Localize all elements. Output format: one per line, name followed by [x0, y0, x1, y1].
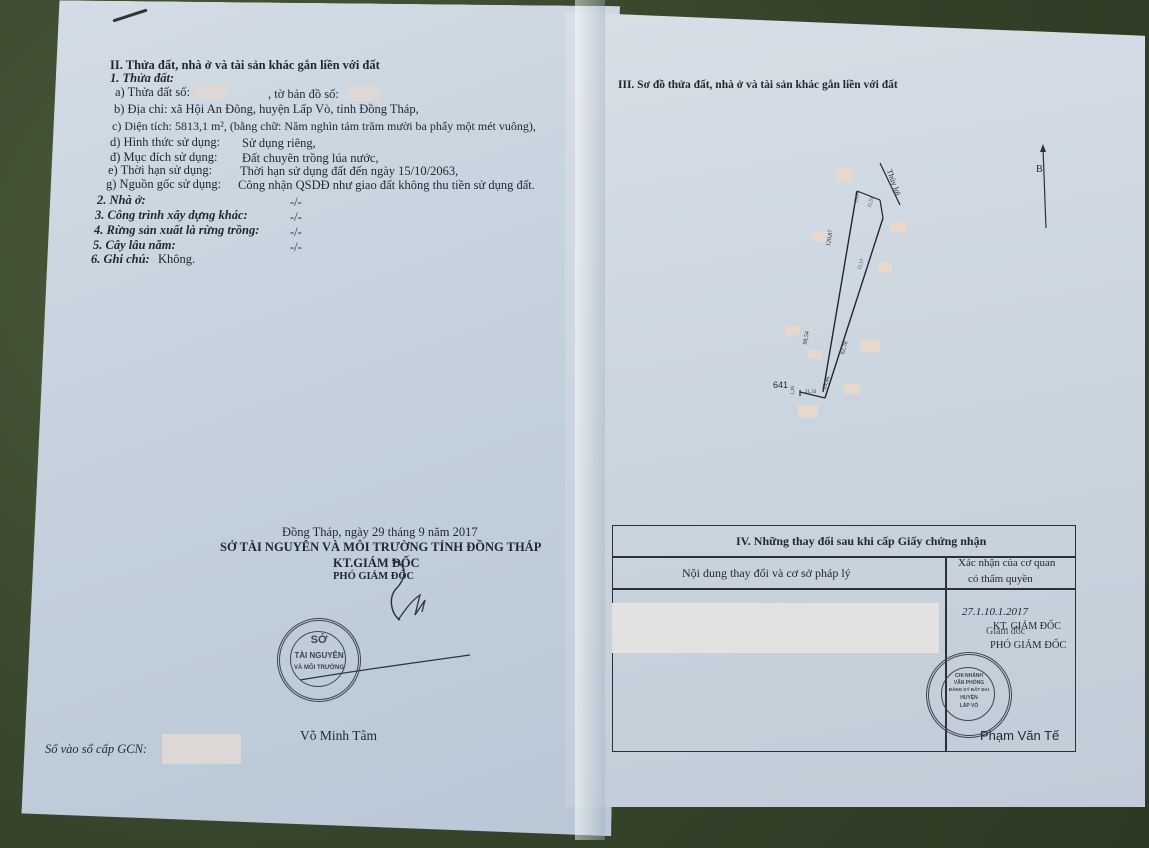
redacted-label-1 — [837, 168, 853, 182]
confirm-deputy-director: PHÓ GIÁM ĐỐC — [990, 640, 1066, 651]
edge-length-5: 21,33 — [805, 390, 816, 395]
stamp-right-line-3: ĐĂNG KÝ ĐẤT ĐAI — [929, 687, 1009, 692]
changes-col2-header-line1: Xác nhận của cơ quan — [958, 557, 1055, 569]
confirm-date: 27.1.10.1.2017 — [962, 606, 1028, 618]
edge-length-6: 1,16 — [791, 386, 796, 395]
table-divider — [613, 588, 1075, 590]
stamp-right-line-5: LẤP VÒ — [929, 703, 1009, 709]
confirm-director-overprint: Giám đốc — [986, 626, 1025, 637]
redacted-label-3 — [891, 222, 907, 233]
redacted-label-2 — [812, 232, 826, 242]
stamp-right-line-1: CHI NHÁNH — [929, 673, 1009, 679]
neighbor-parcel-number: 641 — [773, 380, 788, 390]
stamp-right-line-4: HUYỆN — [929, 695, 1009, 701]
stamp-right-line-2: VĂN PHÒNG — [929, 680, 1009, 686]
changes-table-title: IV. Những thay đổi sau khi cấp Giấy chứn… — [736, 534, 986, 549]
official-stamp-right: CHI NHÁNH VĂN PHÒNG ĐĂNG KÝ ĐẤT ĐAI HUYỆ… — [926, 652, 1012, 738]
north-label: B — [1036, 164, 1043, 175]
redacted-label-7 — [860, 340, 880, 352]
redacted-label-5 — [786, 326, 800, 335]
change-content-redacted — [612, 603, 939, 653]
redacted-label-6 — [808, 350, 822, 359]
redacted-label-9 — [798, 405, 818, 418]
changes-col2-header-line2: có thẩm quyền — [968, 573, 1033, 585]
redacted-label-8 — [844, 384, 860, 394]
signer-name-right: Phạm Văn Tế — [980, 728, 1059, 743]
changes-col1-header: Nội dung thay đổi và cơ sở pháp lý — [682, 566, 851, 581]
redacted-label-4 — [878, 262, 892, 272]
